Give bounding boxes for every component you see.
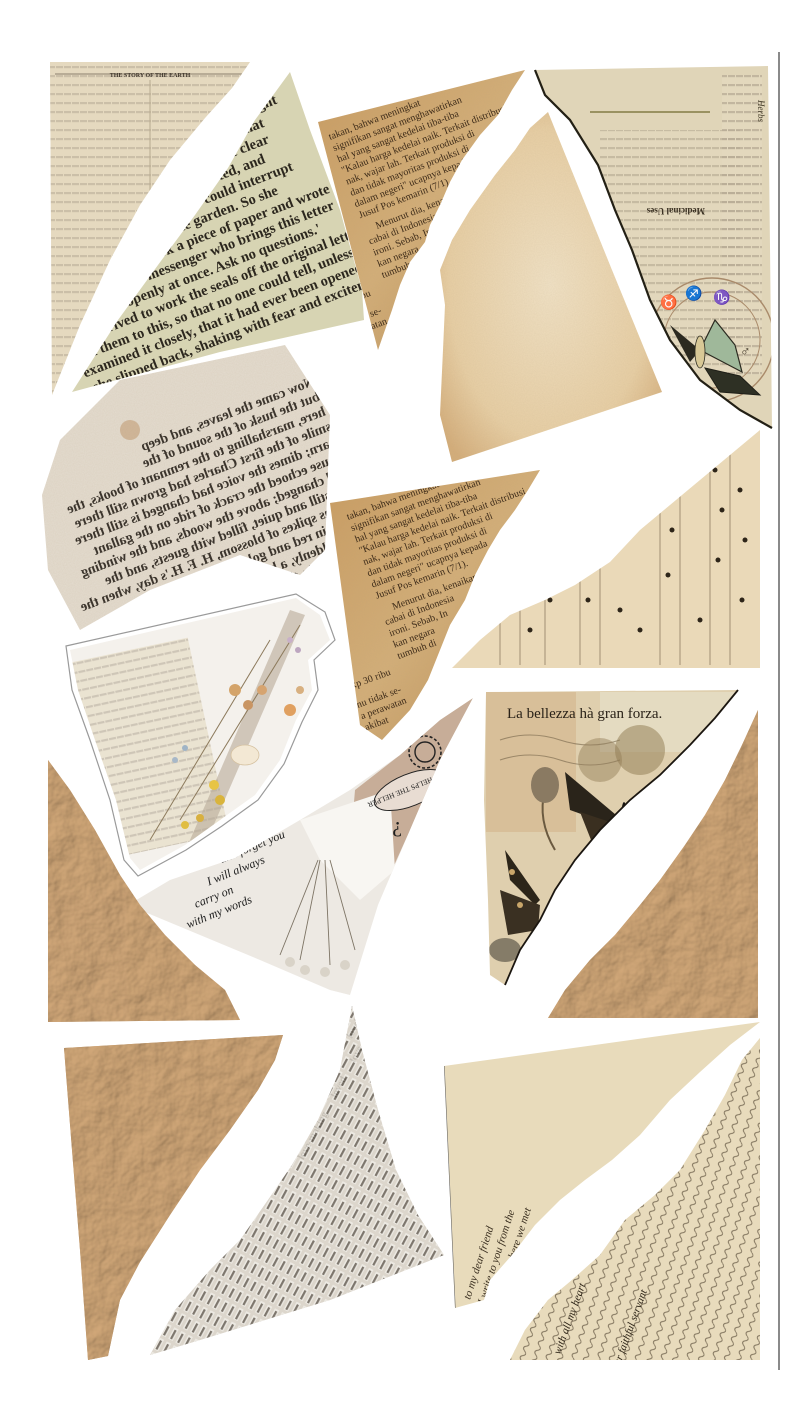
- page-edge-line: [778, 52, 780, 1370]
- svg-text:love: love: [318, 1039, 336, 1060]
- page-header: THE STORY OF THE EARTH: [110, 73, 191, 79]
- story-of-earth-page: THE STORY OF THE EARTH she slipped back,…: [0, 27, 398, 403]
- svg-text:love: love: [363, 984, 381, 1005]
- svg-text:♂: ♂: [740, 345, 751, 360]
- bellezza-title: La bellezza hà gran forza.: [507, 706, 662, 722]
- sheet-music: [440, 425, 770, 675]
- torn-paper-collage: THE STORY OF THE EARTH she slipped back,…: [0, 0, 800, 1422]
- question-mark-icon: ?: [392, 817, 402, 842]
- svg-text:♑: ♑: [713, 289, 730, 306]
- svg-text:♉: ♉: [660, 294, 677, 311]
- collage-canvas: THE STORY OF THE EARTH she slipped back,…: [0, 0, 800, 1422]
- svg-text:LOVE: LOVE: [366, 999, 389, 1029]
- svg-text:loves: loves: [385, 970, 405, 994]
- indonesian-mid-text-block: takan, bahwa meningkat signifikan sangat…: [294, 452, 585, 733]
- medicinal-uses-heading: Medicinal Uses: [646, 206, 705, 216]
- svg-text:♐: ♐: [685, 285, 702, 302]
- herbs-label: Herbs: [756, 99, 766, 122]
